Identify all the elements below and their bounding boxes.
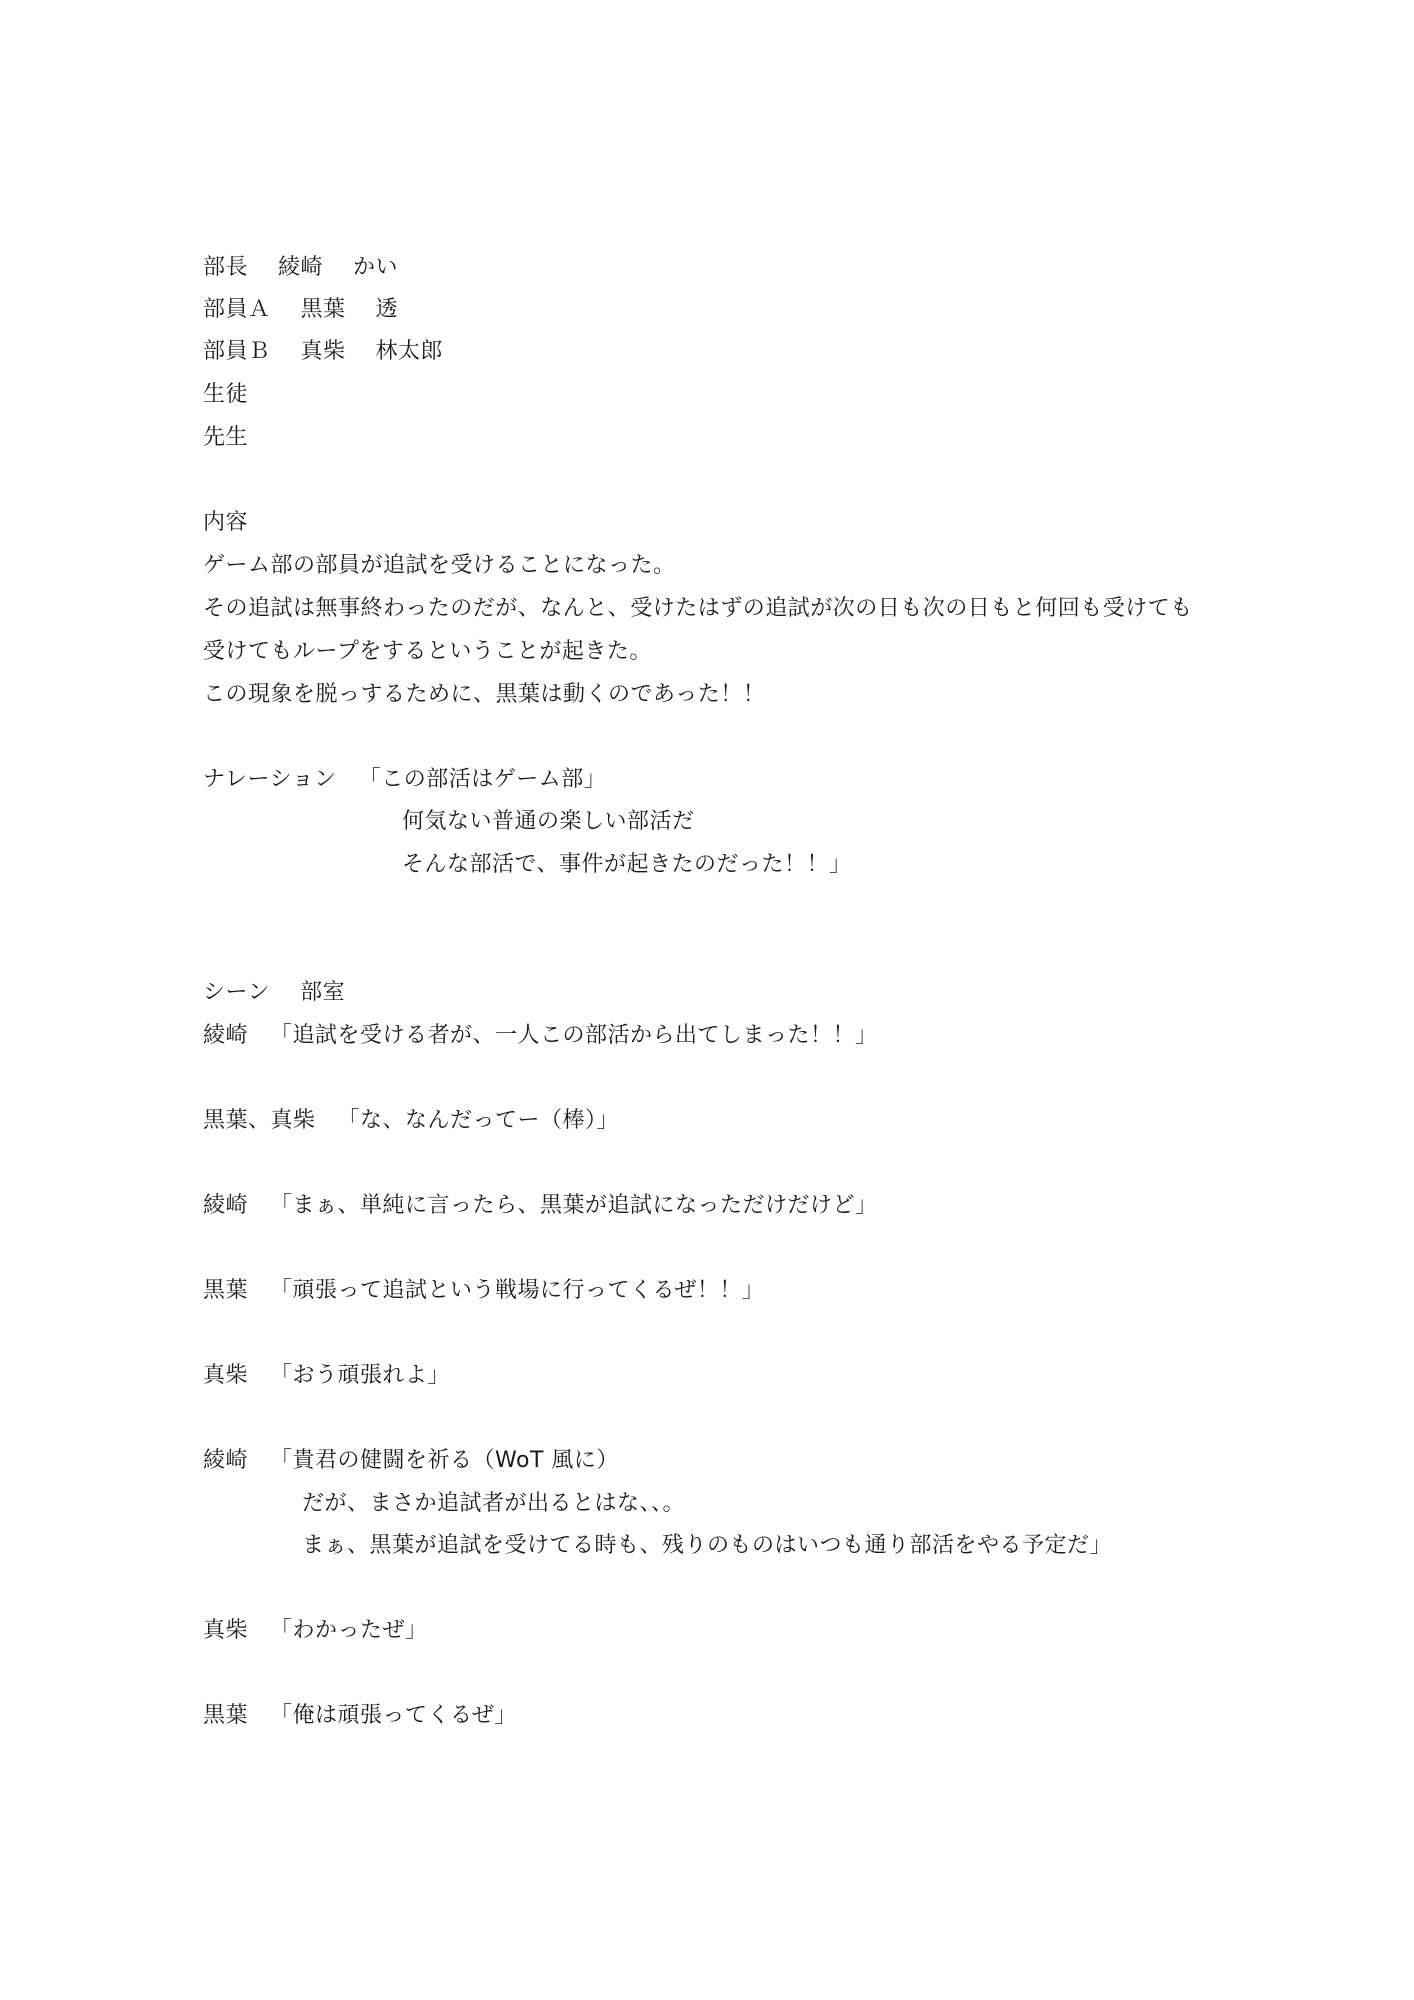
narration-text: 「この部活はゲーム部」 bbox=[359, 767, 607, 792]
synopsis-heading: 内容 bbox=[203, 508, 248, 538]
speaker-name: 真柴 bbox=[203, 1361, 248, 1391]
cast-entry: 部員Ｂ真柴林太郎 bbox=[203, 337, 443, 367]
synopsis-line: この現象を脱っするために、黒葉は動くのであった！！ bbox=[203, 680, 765, 710]
dialogue-line: 真柴「わかったぜ」 bbox=[203, 1616, 428, 1646]
dialogue-continuation: まぁ、黒葉が追試を受けてる時も、残りのものはいつも通り部活をやる予定だ」 bbox=[302, 1531, 1112, 1561]
cast-entry: 部員Ａ黒葉透 bbox=[203, 295, 398, 325]
dialogue-line: 真柴「おう頑張れよ」 bbox=[203, 1361, 450, 1391]
dialogue-line: 黒葉「頑張って追試という戦場に行ってくるぜ！！」 bbox=[203, 1276, 764, 1306]
cast-entry: 部長綾崎かい bbox=[203, 253, 398, 283]
dialogue-text: 「俺は頑張ってくるぜ」 bbox=[270, 1703, 517, 1728]
speaker-name: 綾崎 bbox=[203, 1446, 248, 1476]
scene-location: 部室 bbox=[300, 980, 345, 1005]
synopsis-line: ゲーム部の部員が追試を受けることになった。 bbox=[203, 551, 676, 581]
dialogue-text: 「まぁ、単純に言ったら、黒葉が追試になっただけだけど」 bbox=[270, 1193, 878, 1218]
narration-line: そんな部活で、事件が起きたのだった！！」 bbox=[402, 850, 852, 880]
dialogue-text: 「貴君の健闘を祈る（WoT 風に） bbox=[270, 1448, 619, 1473]
speaker-name: 黒葉、真柴 bbox=[203, 1106, 316, 1136]
cast-name: 綾崎 bbox=[278, 255, 323, 280]
script-page: 部長綾崎かい 部員Ａ黒葉透 部員Ｂ真柴林太郎 生徒 先生 内容 ゲーム部の部員が… bbox=[0, 0, 1414, 2000]
cast-role: 部員Ａ bbox=[203, 297, 271, 322]
cast-given: 林太郎 bbox=[376, 339, 444, 364]
synopsis-line: その追試は無事終わったのだが、なんと、受けたはずの追試が次の日も次の日もと何回も… bbox=[203, 594, 1193, 624]
dialogue-text: 「な、なんだってー（棒）」 bbox=[338, 1108, 620, 1133]
cast-role: 生徒 bbox=[203, 382, 248, 407]
dialogue-line: 黒葉、真柴「な、なんだってー（棒）」 bbox=[203, 1106, 619, 1136]
dialogue-text: 「おう頑張れよ」 bbox=[270, 1363, 450, 1388]
dialogue-text: 「追試を受ける者が、一人この部活から出てしまった！！」 bbox=[270, 1023, 878, 1048]
dialogue-line: 綾崎「追試を受ける者が、一人この部活から出てしまった！！」 bbox=[203, 1021, 878, 1051]
cast-role: 先生 bbox=[203, 425, 248, 450]
cast-name: 真柴 bbox=[301, 339, 346, 364]
scene-heading: シーン部室 bbox=[203, 978, 345, 1008]
cast-name: 黒葉 bbox=[301, 297, 346, 322]
cast-entry: 生徒 bbox=[203, 380, 248, 410]
cast-role: 部員Ｂ bbox=[203, 339, 271, 364]
narration-line: ナレーション「この部活はゲーム部」 bbox=[203, 765, 606, 795]
synopsis-line: 受けてもループをするということが起きた。 bbox=[203, 637, 652, 667]
cast-given: 透 bbox=[376, 297, 399, 322]
scene-label: シーン bbox=[203, 980, 270, 1005]
narration-line: 何気ない普通の楽しい部活だ bbox=[402, 807, 695, 837]
dialogue-continuation: だが、まさか追試者が出るとはな、、。 bbox=[302, 1489, 685, 1519]
speaker-name: 黒葉 bbox=[203, 1276, 248, 1306]
dialogue-line: 綾崎「まぁ、単純に言ったら、黒葉が追試になっただけだけど」 bbox=[203, 1191, 878, 1221]
speaker-name: 黒葉 bbox=[203, 1701, 248, 1731]
dialogue-line: 綾崎「貴君の健闘を祈る（WoT 風に） bbox=[203, 1446, 619, 1476]
speaker-name: 綾崎 bbox=[203, 1021, 248, 1051]
dialogue-line: 黒葉「俺は頑張ってくるぜ」 bbox=[203, 1701, 517, 1731]
dialogue-text: 「頑張って追試という戦場に行ってくるぜ！！」 bbox=[270, 1278, 764, 1303]
cast-entry: 先生 bbox=[203, 423, 248, 453]
dialogue-text: 「わかったぜ」 bbox=[270, 1618, 428, 1643]
speaker-name: 綾崎 bbox=[203, 1191, 248, 1221]
speaker-name: ナレーション bbox=[203, 765, 337, 795]
speaker-name: 真柴 bbox=[203, 1616, 248, 1646]
cast-role: 部長 bbox=[203, 255, 248, 280]
cast-given: かい bbox=[353, 255, 398, 280]
